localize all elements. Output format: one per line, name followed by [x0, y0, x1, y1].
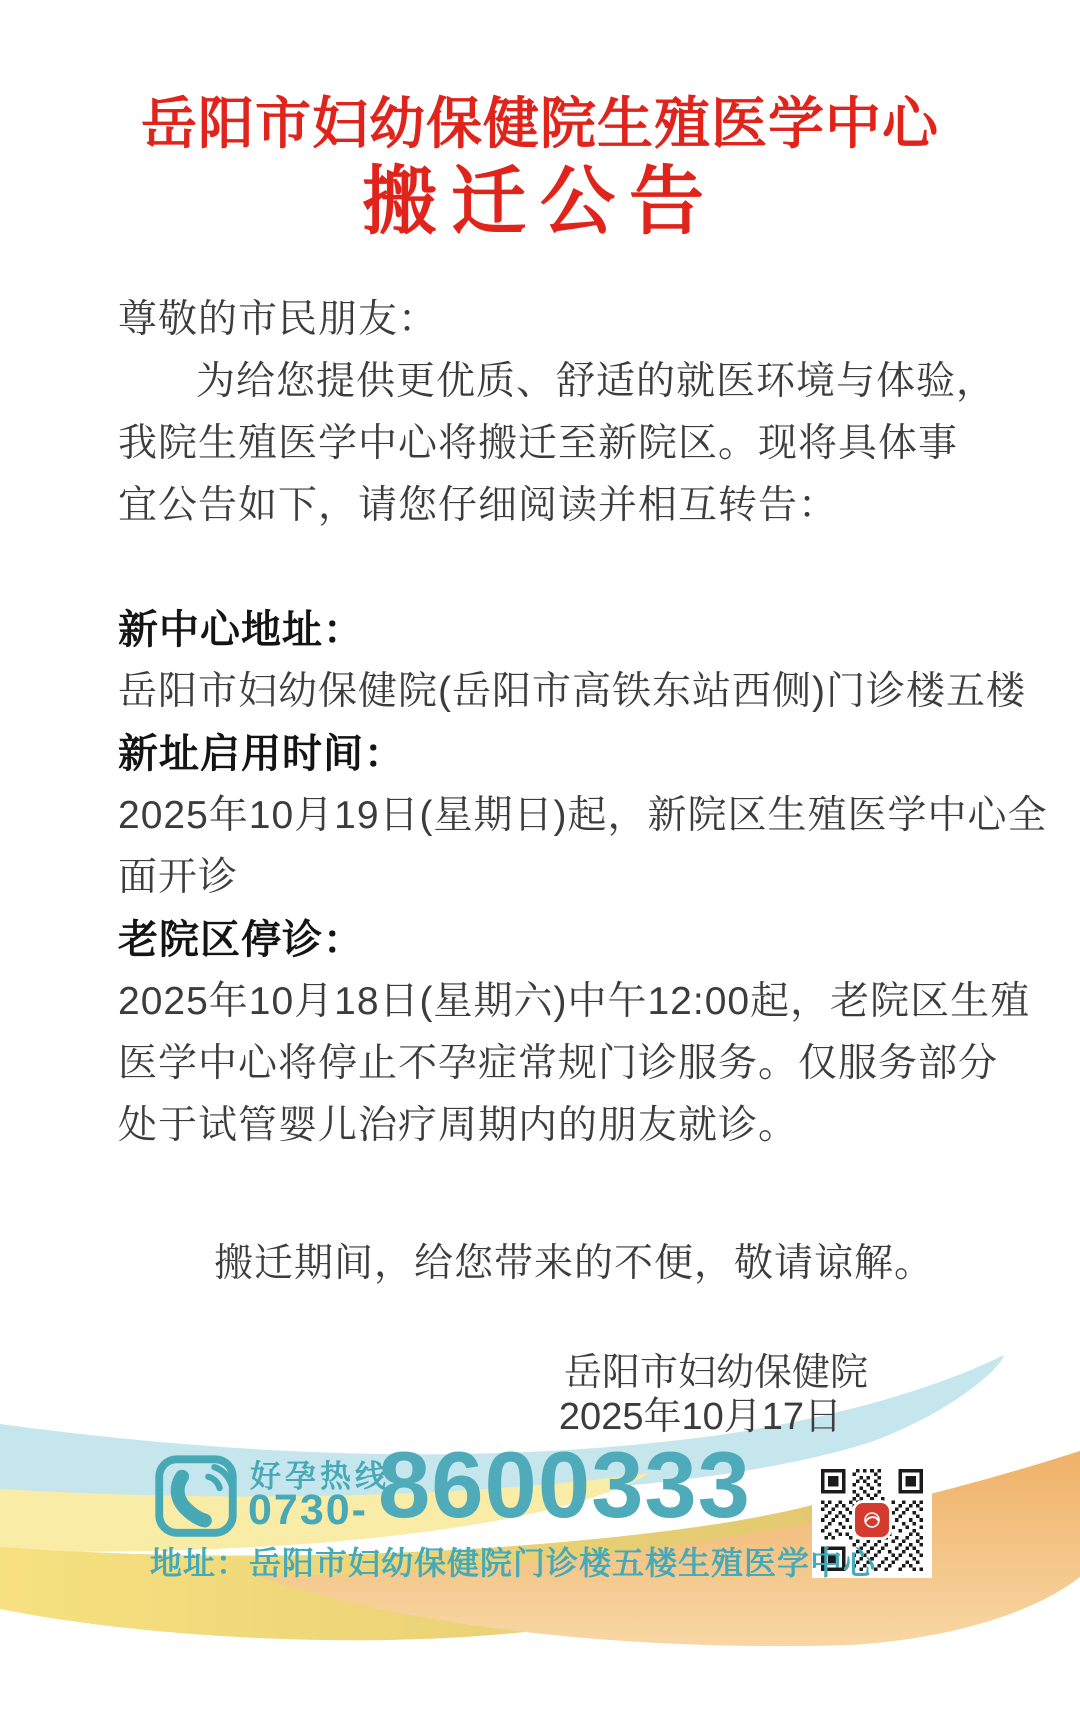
page-title: 岳阳市妇幼保健院生殖医学中心	[0, 92, 1080, 156]
footer-address: 地址：岳阳市妇幼保健院门诊楼五楼生殖医学中心	[150, 1538, 876, 1584]
title-block: 岳阳市妇幼保健院生殖医学中心 搬迁公告	[0, 92, 1080, 244]
section-line: 2025年10月18日(星期六)中午12:00起，老院区生殖	[118, 971, 980, 1033]
section-heading-start-time: 新址启用时间：	[118, 723, 980, 785]
page-subtitle: 搬迁公告	[0, 158, 1080, 244]
phone-prefix: 0730-	[248, 1486, 368, 1535]
section-line: 岳阳市妇幼保健院(岳阳市高铁东站西侧)门诊楼五楼	[118, 661, 980, 723]
closing-line: 搬迁期间，给您带来的不便，敬请谅解。	[118, 1233, 980, 1295]
phone-icon	[154, 1454, 238, 1536]
greeting-line: 尊敬的市民朋友：	[118, 289, 980, 351]
intro-line: 为给您提供更优质、舒适的就医环境与体验，	[118, 351, 980, 413]
spacer	[118, 537, 980, 599]
hotline-phone-number: 8600333	[378, 1438, 751, 1532]
section-line: 医学中心将停止不孕症常规门诊服务。仅服务部分	[118, 1033, 980, 1095]
intro-line: 我院生殖医学中心将搬迁至新院区。现将具体事	[118, 413, 980, 475]
qr-center-logo	[855, 1503, 889, 1537]
intro-line: 宜公告如下，请您仔细阅读并相互转告：	[118, 475, 980, 537]
section-line: 面开诊	[118, 847, 980, 909]
section-heading-new-address: 新中心地址：	[118, 599, 980, 661]
relocation-notice-poster: 岳阳市妇幼保健院生殖医学中心 搬迁公告 尊敬的市民朋友： 为给您提供更优质、舒适…	[0, 0, 1080, 1711]
section-line: 处于试管婴儿治疗周期内的朋友就诊。	[118, 1095, 980, 1157]
section-heading-old-campus: 老院区停诊：	[118, 909, 980, 971]
section-line: 2025年10月19日(星期日)起，新院区生殖医学中心全	[118, 785, 980, 847]
notice-body: 尊敬的市民朋友： 为给您提供更优质、舒适的就医环境与体验， 我院生殖医学中心将搬…	[118, 289, 980, 1295]
